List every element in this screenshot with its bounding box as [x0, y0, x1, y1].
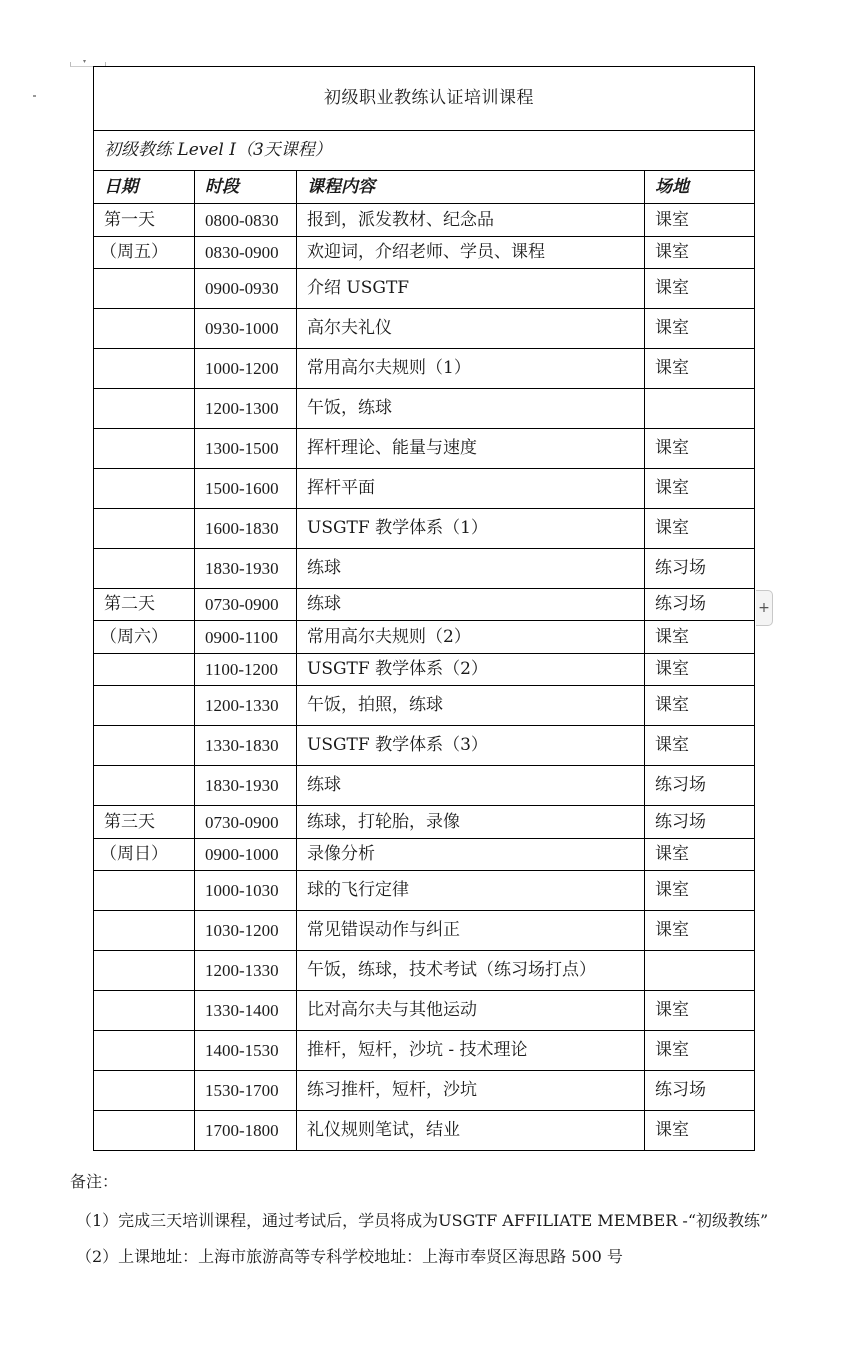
cell-day[interactable]: （周五） [94, 237, 195, 269]
cell-day[interactable] [94, 1111, 195, 1151]
cell-day[interactable] [94, 469, 195, 509]
table-row: 1700-1800礼仪规则笔试，结业课室 [94, 1111, 755, 1151]
cell-venue[interactable]: 课室 [645, 204, 755, 237]
table-row: 1200-1300午饭，练球 [94, 389, 755, 429]
table-row: 1330-1400比对高尔夫与其他运动课室 [94, 991, 755, 1031]
cell-time[interactable]: 1100-1200 [195, 654, 297, 686]
cell-content[interactable]: 欢迎词，介绍老师、学员、课程 [297, 237, 645, 269]
cell-day[interactable] [94, 549, 195, 589]
cell-content[interactable]: 录像分析 [297, 839, 645, 871]
table-row: 1300-1500挥杆理论、能量与速度课室 [94, 429, 755, 469]
cell-venue[interactable]: 课室 [645, 349, 755, 389]
table-row: 1200-1330午饭，练球，技术考试（练习场打点） [94, 951, 755, 991]
cell-time[interactable]: 0930-1000 [195, 309, 297, 349]
cell-content[interactable]: 高尔夫礼仪 [297, 309, 645, 349]
cell-content[interactable]: USGTF 教学体系（1） [297, 509, 645, 549]
cell-venue[interactable]: 课室 [645, 469, 755, 509]
note-item-2: （2）上课地址：上海市旅游高等专科学校地址：上海市奉贤区海思路 500 号 [76, 1244, 623, 1267]
note-item-1: （1）完成三天培训课程，通过考试后，学员将成为USGTF AFFILIATE M… [76, 1208, 768, 1231]
cell-venue[interactable]: 课室 [645, 654, 755, 686]
cell-time[interactable]: 0730-0900 [195, 806, 297, 839]
cell-venue[interactable]: 练习场 [645, 549, 755, 589]
cell-time[interactable]: 1500-1600 [195, 469, 297, 509]
cell-day[interactable] [94, 309, 195, 349]
table-row: 1100-1200USGTF 教学体系（2）课室 [94, 654, 755, 686]
cell-venue[interactable]: 课室 [645, 1111, 755, 1151]
subtitle-row: 初级教练 Level I（3天课程） [94, 131, 755, 171]
cell-content[interactable]: 挥杆平面 [297, 469, 645, 509]
table-row: 1830-1930练球练习场 [94, 549, 755, 589]
cell-content[interactable]: 练习推杆，短杆，沙坑 [297, 1071, 645, 1111]
table-row: 1200-1330午饭，拍照，练球课室 [94, 686, 755, 726]
header-time[interactable]: 时段 [195, 171, 297, 204]
cell-venue[interactable]: 课室 [645, 686, 755, 726]
cell-day[interactable]: 第二天 [94, 589, 195, 621]
cell-time[interactable]: 0900-1000 [195, 839, 297, 871]
cell-time[interactable]: 1200-1300 [195, 389, 297, 429]
cell-day[interactable] [94, 269, 195, 309]
cell-time[interactable]: 1200-1330 [195, 951, 297, 991]
cell-time[interactable]: 1330-1400 [195, 991, 297, 1031]
table-row: 1830-1930练球练习场 [94, 766, 755, 806]
cell-venue[interactable]: 练习场 [645, 806, 755, 839]
plus-icon: + [758, 600, 770, 616]
cell-day[interactable] [94, 429, 195, 469]
cell-time[interactable]: 1330-1830 [195, 726, 297, 766]
table-row: 0900-0930介绍 USGTF课室 [94, 269, 755, 309]
cell-time[interactable]: 0730-0900 [195, 589, 297, 621]
cell-day[interactable] [94, 1071, 195, 1111]
notes-heading: 备注： [70, 1169, 118, 1192]
table-row: 1400-1530推杆，短杆，沙坑 - 技术理论课室 [94, 1031, 755, 1071]
cell-content[interactable]: 常用高尔夫规则（1） [297, 349, 645, 389]
cell-day[interactable]: 第三天 [94, 806, 195, 839]
cell-content[interactable]: 推杆，短杆，沙坑 - 技术理论 [297, 1031, 645, 1071]
cell-content[interactable]: 礼仪规则笔试，结业 [297, 1111, 645, 1151]
cell-venue[interactable]: 课室 [645, 621, 755, 654]
cell-venue[interactable]: 练习场 [645, 766, 755, 806]
cell-venue[interactable]: 课室 [645, 911, 755, 951]
cell-venue[interactable]: 课室 [645, 309, 755, 349]
cell-content[interactable]: 午饭，练球，技术考试（练习场打点） [297, 951, 645, 991]
cell-content[interactable]: 练球 [297, 589, 645, 621]
cell-day[interactable] [94, 991, 195, 1031]
cell-content[interactable]: 球的飞行定律 [297, 871, 645, 911]
cell-time[interactable]: 1030-1200 [195, 911, 297, 951]
cell-venue[interactable]: 课室 [645, 726, 755, 766]
cell-time[interactable]: 0800-0830 [195, 204, 297, 237]
cell-venue[interactable]: 练习场 [645, 1071, 755, 1111]
cell-venue[interactable] [645, 389, 755, 429]
table-row: 1530-1700练习推杆，短杆，沙坑练习场 [94, 1071, 755, 1111]
cell-day[interactable] [94, 726, 195, 766]
cell-content[interactable]: 练球 [297, 549, 645, 589]
cell-content[interactable]: 比对高尔夫与其他运动 [297, 991, 645, 1031]
header-content[interactable]: 课程内容 [297, 171, 645, 204]
cell-day[interactable] [94, 871, 195, 911]
cell-day[interactable] [94, 349, 195, 389]
title-row: 初级职业教练认证培训课程 [94, 67, 755, 131]
cell-content[interactable]: 午饭，拍照，练球 [297, 686, 645, 726]
cell-day[interactable] [94, 654, 195, 686]
cell-time[interactable]: 1000-1030 [195, 871, 297, 911]
cell-time[interactable]: 1200-1330 [195, 686, 297, 726]
cell-content[interactable]: 常见错误动作与纠正 [297, 911, 645, 951]
cell-time[interactable]: 1300-1500 [195, 429, 297, 469]
cell-day[interactable]: （周日） [94, 839, 195, 871]
cell-content[interactable]: USGTF 教学体系（2） [297, 654, 645, 686]
cell-venue[interactable]: 课室 [645, 509, 755, 549]
header-venue[interactable]: 场地 [645, 171, 755, 204]
cell-venue[interactable]: 课室 [645, 871, 755, 911]
header-row: 日期 时段 课程内容 场地 [94, 171, 755, 204]
cell-content[interactable]: 练球，打轮胎，录像 [297, 806, 645, 839]
table-row: 第一天0800-0830报到，派发教材、纪念品课室 [94, 204, 755, 237]
cell-day[interactable] [94, 951, 195, 991]
table-row: 1000-1200常用高尔夫规则（1）课室 [94, 349, 755, 389]
cell-day[interactable] [94, 389, 195, 429]
cell-time[interactable]: 1000-1200 [195, 349, 297, 389]
document-title[interactable]: 初级职业教练认证培训课程 [94, 67, 755, 131]
schedule-table: 初级职业教练认证培训课程 初级教练 Level I（3天课程） 日期 时段 课程… [93, 66, 755, 1151]
header-date[interactable]: 日期 [94, 171, 195, 204]
cell-content[interactable]: 午饭，练球 [297, 389, 645, 429]
cell-day[interactable] [94, 509, 195, 549]
cell-content[interactable]: USGTF 教学体系（3） [297, 726, 645, 766]
cell-day[interactable] [94, 686, 195, 726]
table-handle-icon: ▾ [83, 59, 86, 65]
margin-marker [33, 95, 36, 97]
cell-day[interactable] [94, 911, 195, 951]
cell-time[interactable]: 1700-1800 [195, 1111, 297, 1151]
cell-venue[interactable]: 课室 [645, 839, 755, 871]
cell-content[interactable]: 挥杆理论、能量与速度 [297, 429, 645, 469]
cell-time[interactable]: 1600-1830 [195, 509, 297, 549]
cell-venue[interactable]: 课室 [645, 1031, 755, 1071]
cell-time[interactable]: 0830-0900 [195, 237, 297, 269]
cell-day[interactable] [94, 766, 195, 806]
cell-time[interactable]: 0900-1100 [195, 621, 297, 654]
table-row: （周日）0900-1000录像分析课室 [94, 839, 755, 871]
cell-day[interactable]: 第一天 [94, 204, 195, 237]
table-row: 第三天0730-0900练球，打轮胎，录像练习场 [94, 806, 755, 839]
cell-content[interactable]: 介绍 USGTF [297, 269, 645, 309]
cell-venue[interactable]: 课室 [645, 269, 755, 309]
cell-time[interactable]: 0900-0930 [195, 269, 297, 309]
cell-venue[interactable]: 课室 [645, 429, 755, 469]
cell-venue[interactable]: 练习场 [645, 589, 755, 621]
cell-venue[interactable]: 课室 [645, 237, 755, 269]
cell-time[interactable]: 1530-1700 [195, 1071, 297, 1111]
table-row: 1030-1200常见错误动作与纠正课室 [94, 911, 755, 951]
cell-content[interactable]: 常用高尔夫规则（2） [297, 621, 645, 654]
table-row: 0930-1000高尔夫礼仪课室 [94, 309, 755, 349]
cell-venue[interactable]: 课室 [645, 991, 755, 1031]
table-row: 1600-1830USGTF 教学体系（1）课室 [94, 509, 755, 549]
add-row-button[interactable]: + [756, 590, 773, 626]
table-row: 1330-1830USGTF 教学体系（3）课室 [94, 726, 755, 766]
cell-content[interactable]: 练球 [297, 766, 645, 806]
table-row: 1000-1030球的飞行定律课室 [94, 871, 755, 911]
cell-venue[interactable] [645, 951, 755, 991]
table-row: 第二天0730-0900练球练习场 [94, 589, 755, 621]
table-row: （周五）0830-0900欢迎词，介绍老师、学员、课程课室 [94, 237, 755, 269]
table-row: （周六）0900-1100常用高尔夫规则（2）课室 [94, 621, 755, 654]
cell-day[interactable]: （周六） [94, 621, 195, 654]
cell-content[interactable]: 报到，派发教材、纪念品 [297, 204, 645, 237]
cell-day[interactable] [94, 1031, 195, 1071]
cell-time[interactable]: 1830-1930 [195, 549, 297, 589]
course-level-subtitle[interactable]: 初级教练 Level I（3天课程） [94, 131, 755, 171]
cell-time[interactable]: 1830-1930 [195, 766, 297, 806]
cell-time[interactable]: 1400-1530 [195, 1031, 297, 1071]
table-row: 1500-1600挥杆平面课室 [94, 469, 755, 509]
